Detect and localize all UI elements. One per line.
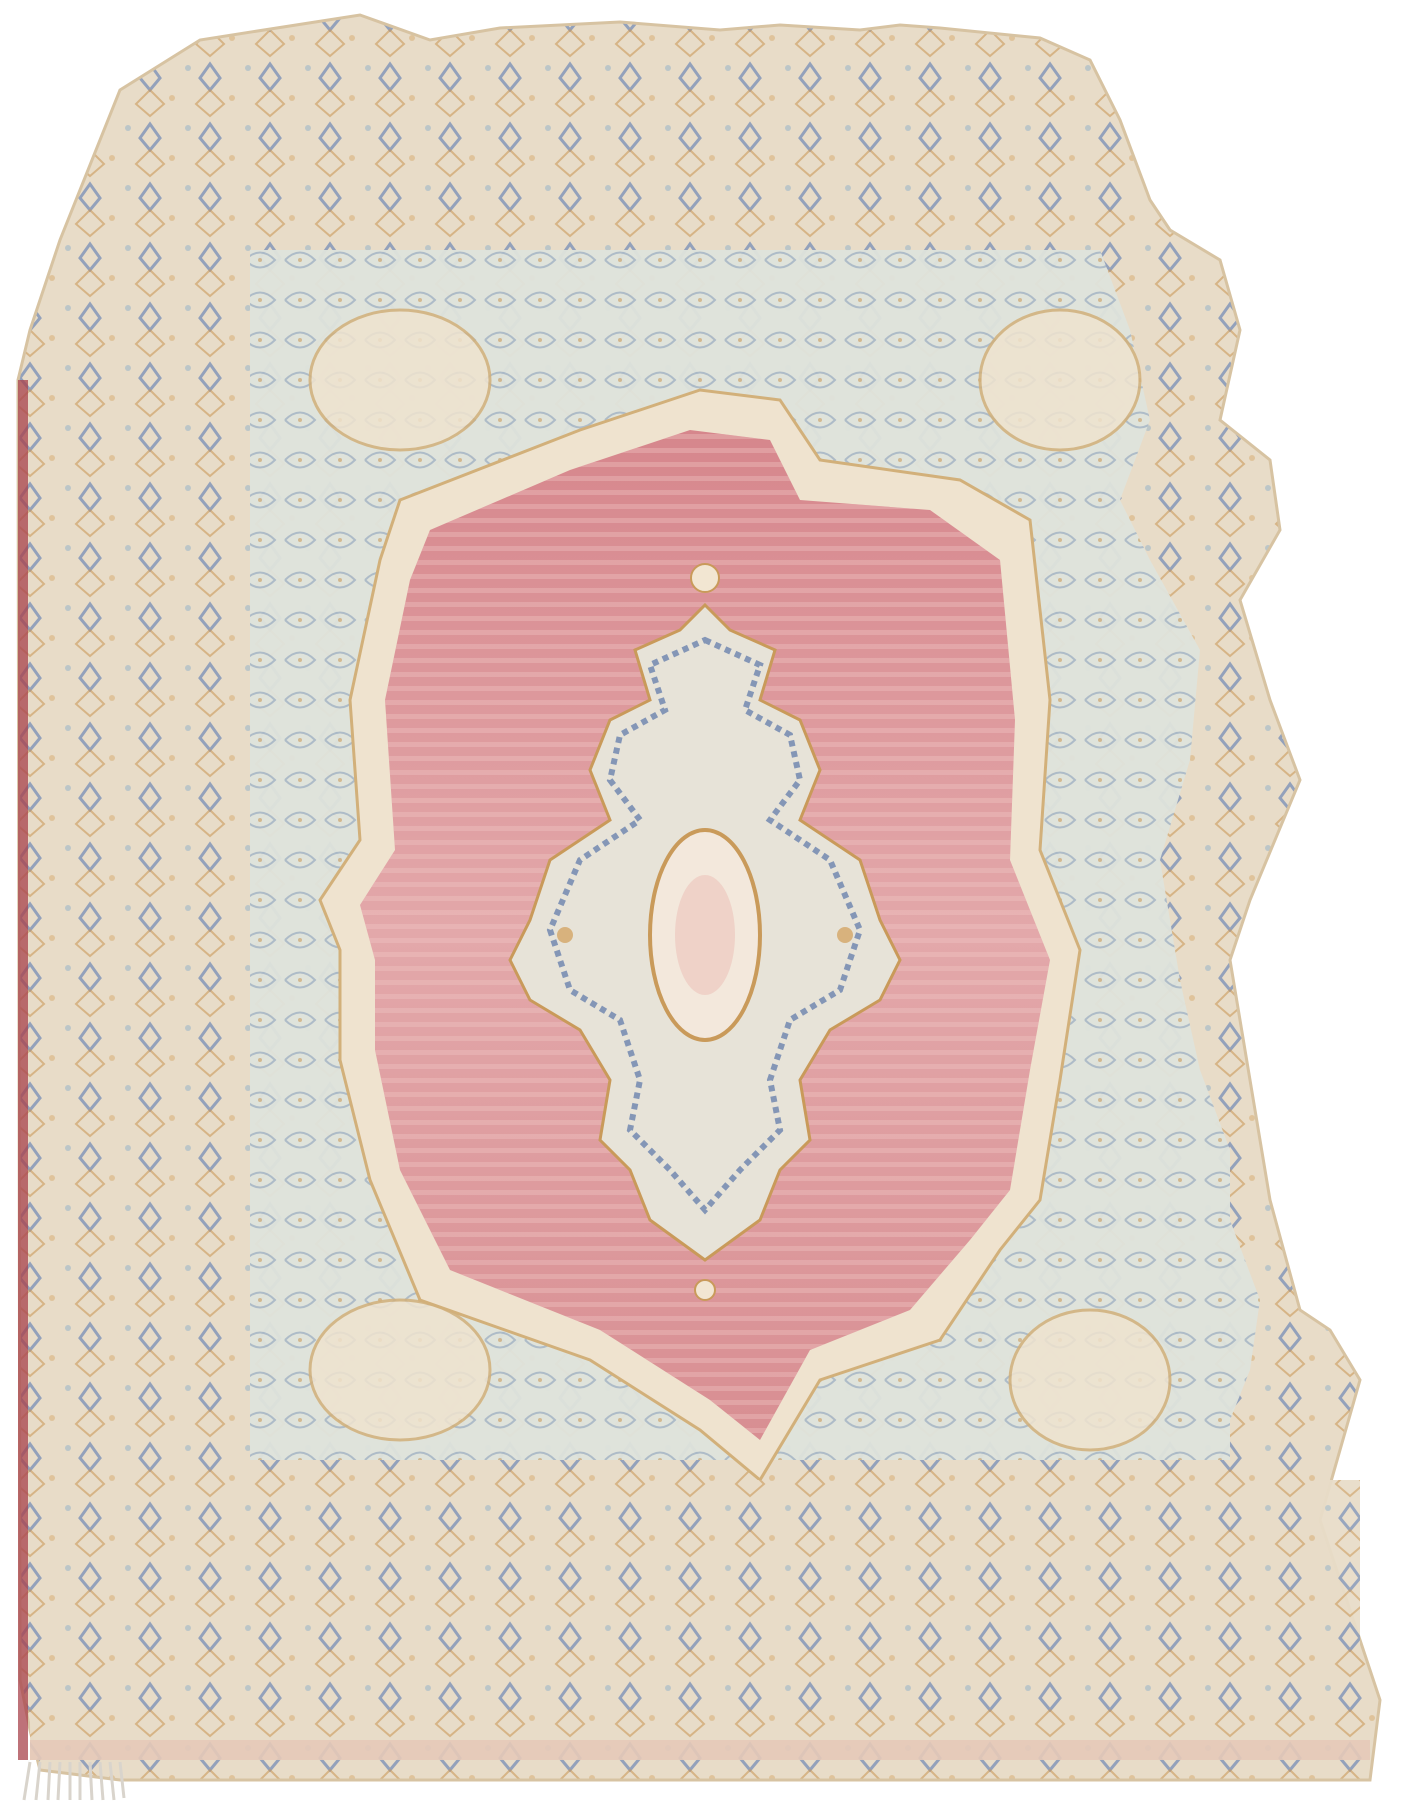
bottom-border	[30, 1480, 1370, 1760]
rug-illustration	[0, 0, 1406, 1808]
rug-photo: Vintage Persian rug with irregular worn …	[0, 0, 1406, 1808]
